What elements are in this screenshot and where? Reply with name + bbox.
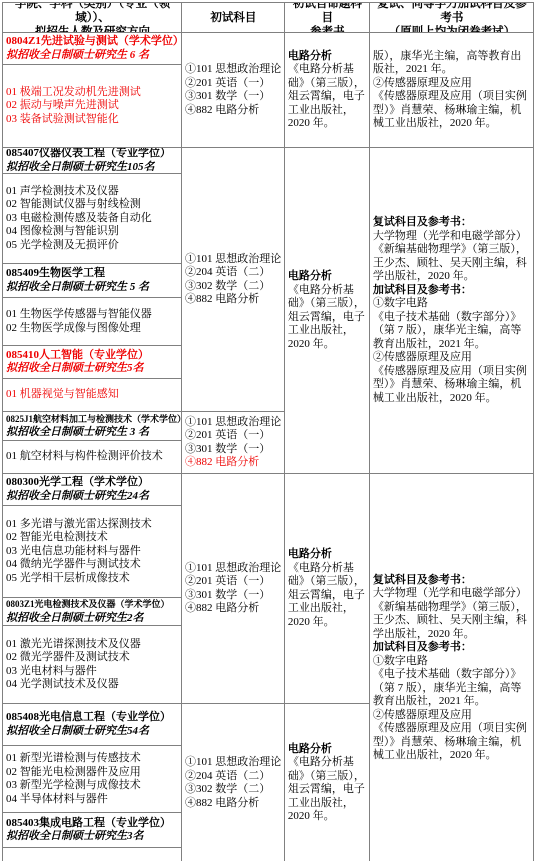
retest-heading: 复试科目及参考书： bbox=[373, 216, 531, 230]
refbook-citation: 《电路分析基础》（第三版），俎云霄编，电子工业出版社，2020 年。 bbox=[288, 562, 367, 630]
program-directions-085409: 01 生物医学传感器与智能仪器 02 生物医学成像与图像处理 bbox=[3, 298, 181, 346]
additional-test-heading: 加试科目及参考书： bbox=[373, 641, 531, 655]
subjects-080300-0803Z1: ①101 思想政治理论 ②201 英语（一） ③301 数学（一） ④882 电… bbox=[182, 474, 284, 704]
program-quota: 拟招收全日制硕士研究生3名 bbox=[6, 830, 179, 844]
program-directions-085403 bbox=[3, 848, 181, 861]
program-title: 085403集成电路工程（专业学位） bbox=[6, 817, 179, 831]
program-quota: 拟招收全日制硕士研究生24名 bbox=[6, 490, 179, 504]
subjects-085408-085403: ①101 思想政治理论 ②204 英语（二） ③302 数学（二） ④882 电… bbox=[182, 704, 284, 861]
program-header-080300: 080300光学工程（学术学位） 拟招收全日制硕士研究生24名 bbox=[3, 474, 181, 506]
program-header-0825J1: 0825J1航空材料加工与检测技术（学术学位） 拟招收全日制硕士研究生 3 名 bbox=[3, 412, 181, 441]
header-programs: 学院、学科（类别）（专业（领域））、 拟招生人数及研究方向 bbox=[3, 3, 181, 33]
program-directions-080300: 01 多光谱与激光雷达探测技术 02 智能光电检测技术 03 光电信息功能材料与… bbox=[3, 506, 181, 598]
program-title: 080300光学工程（学术学位） bbox=[6, 476, 179, 490]
program-title: 085410人工智能（专业学位） bbox=[6, 349, 179, 363]
program-header-085407: 085407仪器仪表工程（专业学位） 拟招收全日制硕士研究生105名 bbox=[3, 148, 181, 174]
retest-band3: 复试科目及参考书： 大学物理（光学和电磁学部分） 《新编基础物理学》（第三版），… bbox=[370, 474, 533, 861]
program-directions-085407: 01 声学检测技术及仪器 02 智能测试仪器与射线检测 03 电磁检测传感及装备… bbox=[3, 174, 181, 264]
additional-test-body: ①数字电路 《电子技术基础（数字部分）》（第 7 版），康华光主编，高等教育出版… bbox=[373, 297, 531, 405]
subject-circuit-analysis-red: ④882 电路分析 bbox=[185, 456, 282, 470]
refbook-band2: 电路分析 《电路分析基础》（第三版），俎云霄编，电子工业出版社，2020 年。 bbox=[285, 148, 369, 474]
refbook-subject: 电路分析 bbox=[288, 548, 367, 562]
program-header-085410: 085410人工智能（专业学位） 拟招收全日制硕士研究生5名 bbox=[3, 346, 181, 379]
program-title: 085407仪器仪表工程（专业学位） bbox=[6, 148, 179, 161]
header-exam-subjects: 初试科目 bbox=[182, 3, 284, 33]
program-quota: 拟招收全日制硕士研究生 5 名 bbox=[6, 281, 179, 295]
admissions-table: 学院、学科（类别）（专业（领域））、 拟招生人数及研究方向 0804Z1先进试验… bbox=[2, 2, 534, 861]
program-quota: 拟招收全日制硕士研究生105名 bbox=[6, 161, 179, 175]
subjects-085407-085409-085410: ①101 思想政治理论 ②204 英语（二） ③302 数学（二） ④882 电… bbox=[182, 148, 284, 412]
retest-body: 大学物理（光学和电磁学部分） 《新编基础物理学》（第三版），王少杰、顾牡、吴天刚… bbox=[373, 230, 531, 284]
retest-carryover-text: 版），康华光主编，高等教育出版社，2021 年。 ②传感器原理及应用 《传感器原… bbox=[370, 33, 533, 148]
header-reference-book: 初试自命题科目 参考书 bbox=[285, 3, 369, 33]
retest-body: 大学物理（光学和电磁学部分） 《新编基础物理学》（第三版），王少杰、顾牡、吴天刚… bbox=[373, 587, 531, 641]
subjects-lines: ①101 思想政治理论 ②201 英语（一） ③301 数学（一） bbox=[185, 416, 282, 457]
program-title: 085409生物医学工程 bbox=[6, 267, 179, 281]
header-retest-info: 复试、同等学力加试科目及参考书 （原则上均为闭卷考试） bbox=[370, 3, 533, 33]
refbook-subject: 电路分析 bbox=[288, 50, 367, 64]
program-title: 0803Z1光电检测技术及仪器（学术学位） bbox=[6, 598, 179, 612]
program-title: 085408光电信息工程（专业学位） bbox=[6, 711, 179, 725]
column-retest-info: 复试、同等学力加试科目及参考书 （原则上均为闭卷考试） 版），康华光主编，高等教… bbox=[370, 3, 534, 861]
subjects-0825J1: ①101 思想政治理论 ②201 英语（一） ③301 数学（一） ④882 电… bbox=[182, 412, 284, 474]
column-exam-subjects: 初试科目 ①101 思想政治理论 ②201 英语（一） ③301 数学（一） ④… bbox=[182, 3, 285, 861]
refbook-subject: 电路分析 bbox=[288, 270, 367, 284]
refbook-band1: 电路分析 《电路分析基础》（第三版），俎云霄编，电子工业出版社，2020 年。 bbox=[285, 33, 369, 148]
program-header-085408: 085408光电信息工程（专业学位） 拟招收全日制硕士研究生54名 bbox=[3, 704, 181, 746]
refbook-band3: 电路分析 《电路分析基础》（第三版），俎云霄编，电子工业出版社，2020 年。 bbox=[285, 474, 369, 704]
program-title: 0825J1航空材料加工与检测技术（学术学位） bbox=[6, 413, 179, 427]
program-directions-0804Z1: 01 极端工况发动机先进测试 02 振动与噪声先进测试 03 装备试验测试智能化 bbox=[3, 65, 181, 148]
program-title: 0804Z1先进试验与测试（学术学位） bbox=[6, 35, 179, 49]
subjects-0804Z1: ①101 思想政治理论 ②201 英语（一） ③301 数学（一） ④882 电… bbox=[182, 33, 284, 148]
refbook-citation: 《电路分析基础》（第三版），俎云霄编，电子工业出版社，2020 年。 bbox=[288, 284, 367, 352]
program-quota: 拟招收全日制硕士研究生2名 bbox=[6, 612, 179, 626]
program-directions-085408: 01 新型光谱检测与传感技术 02 智能光电检测器件及应用 03 新型光学检测与… bbox=[3, 746, 181, 813]
program-directions-0803Z1: 01 激光光谱探测技术及仪器 02 微光学器件及测试技术 03 光电材料与器件 … bbox=[3, 626, 181, 704]
additional-test-heading: 加试科目及参考书： bbox=[373, 284, 531, 298]
additional-test-body: ①数字电路 《电子技术基础（数字部分）》（第 7 版），康华光主编，高等教育出版… bbox=[373, 655, 531, 763]
program-directions-0825J1: 01 航空材料与构件检测评价技术 bbox=[3, 441, 181, 474]
refbook-subject: 电路分析 bbox=[288, 743, 367, 757]
program-header-0803Z1: 0803Z1光电检测技术及仪器（学术学位） 拟招收全日制硕士研究生2名 bbox=[3, 598, 181, 626]
program-quota: 拟招收全日制硕士研究生5名 bbox=[6, 362, 179, 376]
refbook-band4: 电路分析 《电路分析基础》（第三版），俎云霄编，电子工业出版社，2020 年。 bbox=[285, 704, 369, 861]
refbook-citation: 《电路分析基础》（第三版），俎云霄编，电子工业出版社，2020 年。 bbox=[288, 756, 367, 824]
program-quota: 拟招收全日制硕士研究生 6 名 bbox=[6, 49, 179, 63]
column-reference-book: 初试自命题科目 参考书 电路分析 《电路分析基础》（第三版），俎云霄编，电子工业… bbox=[285, 3, 370, 861]
program-header-0804Z1: 0804Z1先进试验与测试（学术学位） 拟招收全日制硕士研究生 6 名 bbox=[3, 33, 181, 65]
refbook-citation: 《电路分析基础》（第三版），俎云霄编，电子工业出版社，2020 年。 bbox=[288, 63, 367, 131]
program-quota: 拟招收全日制硕士研究生54名 bbox=[6, 725, 179, 739]
program-header-085403: 085403集成电路工程（专业学位） 拟招收全日制硕士研究生3名 bbox=[3, 813, 181, 848]
retest-heading: 复试科目及参考书： bbox=[373, 574, 531, 588]
retest-band2: 复试科目及参考书： 大学物理（光学和电磁学部分） 《新编基础物理学》（第三版），… bbox=[370, 148, 533, 474]
program-directions-085410: 01 机器视觉与智能感知 bbox=[3, 379, 181, 412]
program-header-085409: 085409生物医学工程 拟招收全日制硕士研究生 5 名 bbox=[3, 264, 181, 298]
column-programs: 学院、学科（类别）（专业（领域））、 拟招生人数及研究方向 0804Z1先进试验… bbox=[3, 3, 182, 861]
program-quota: 拟招收全日制硕士研究生 3 名 bbox=[6, 426, 179, 440]
